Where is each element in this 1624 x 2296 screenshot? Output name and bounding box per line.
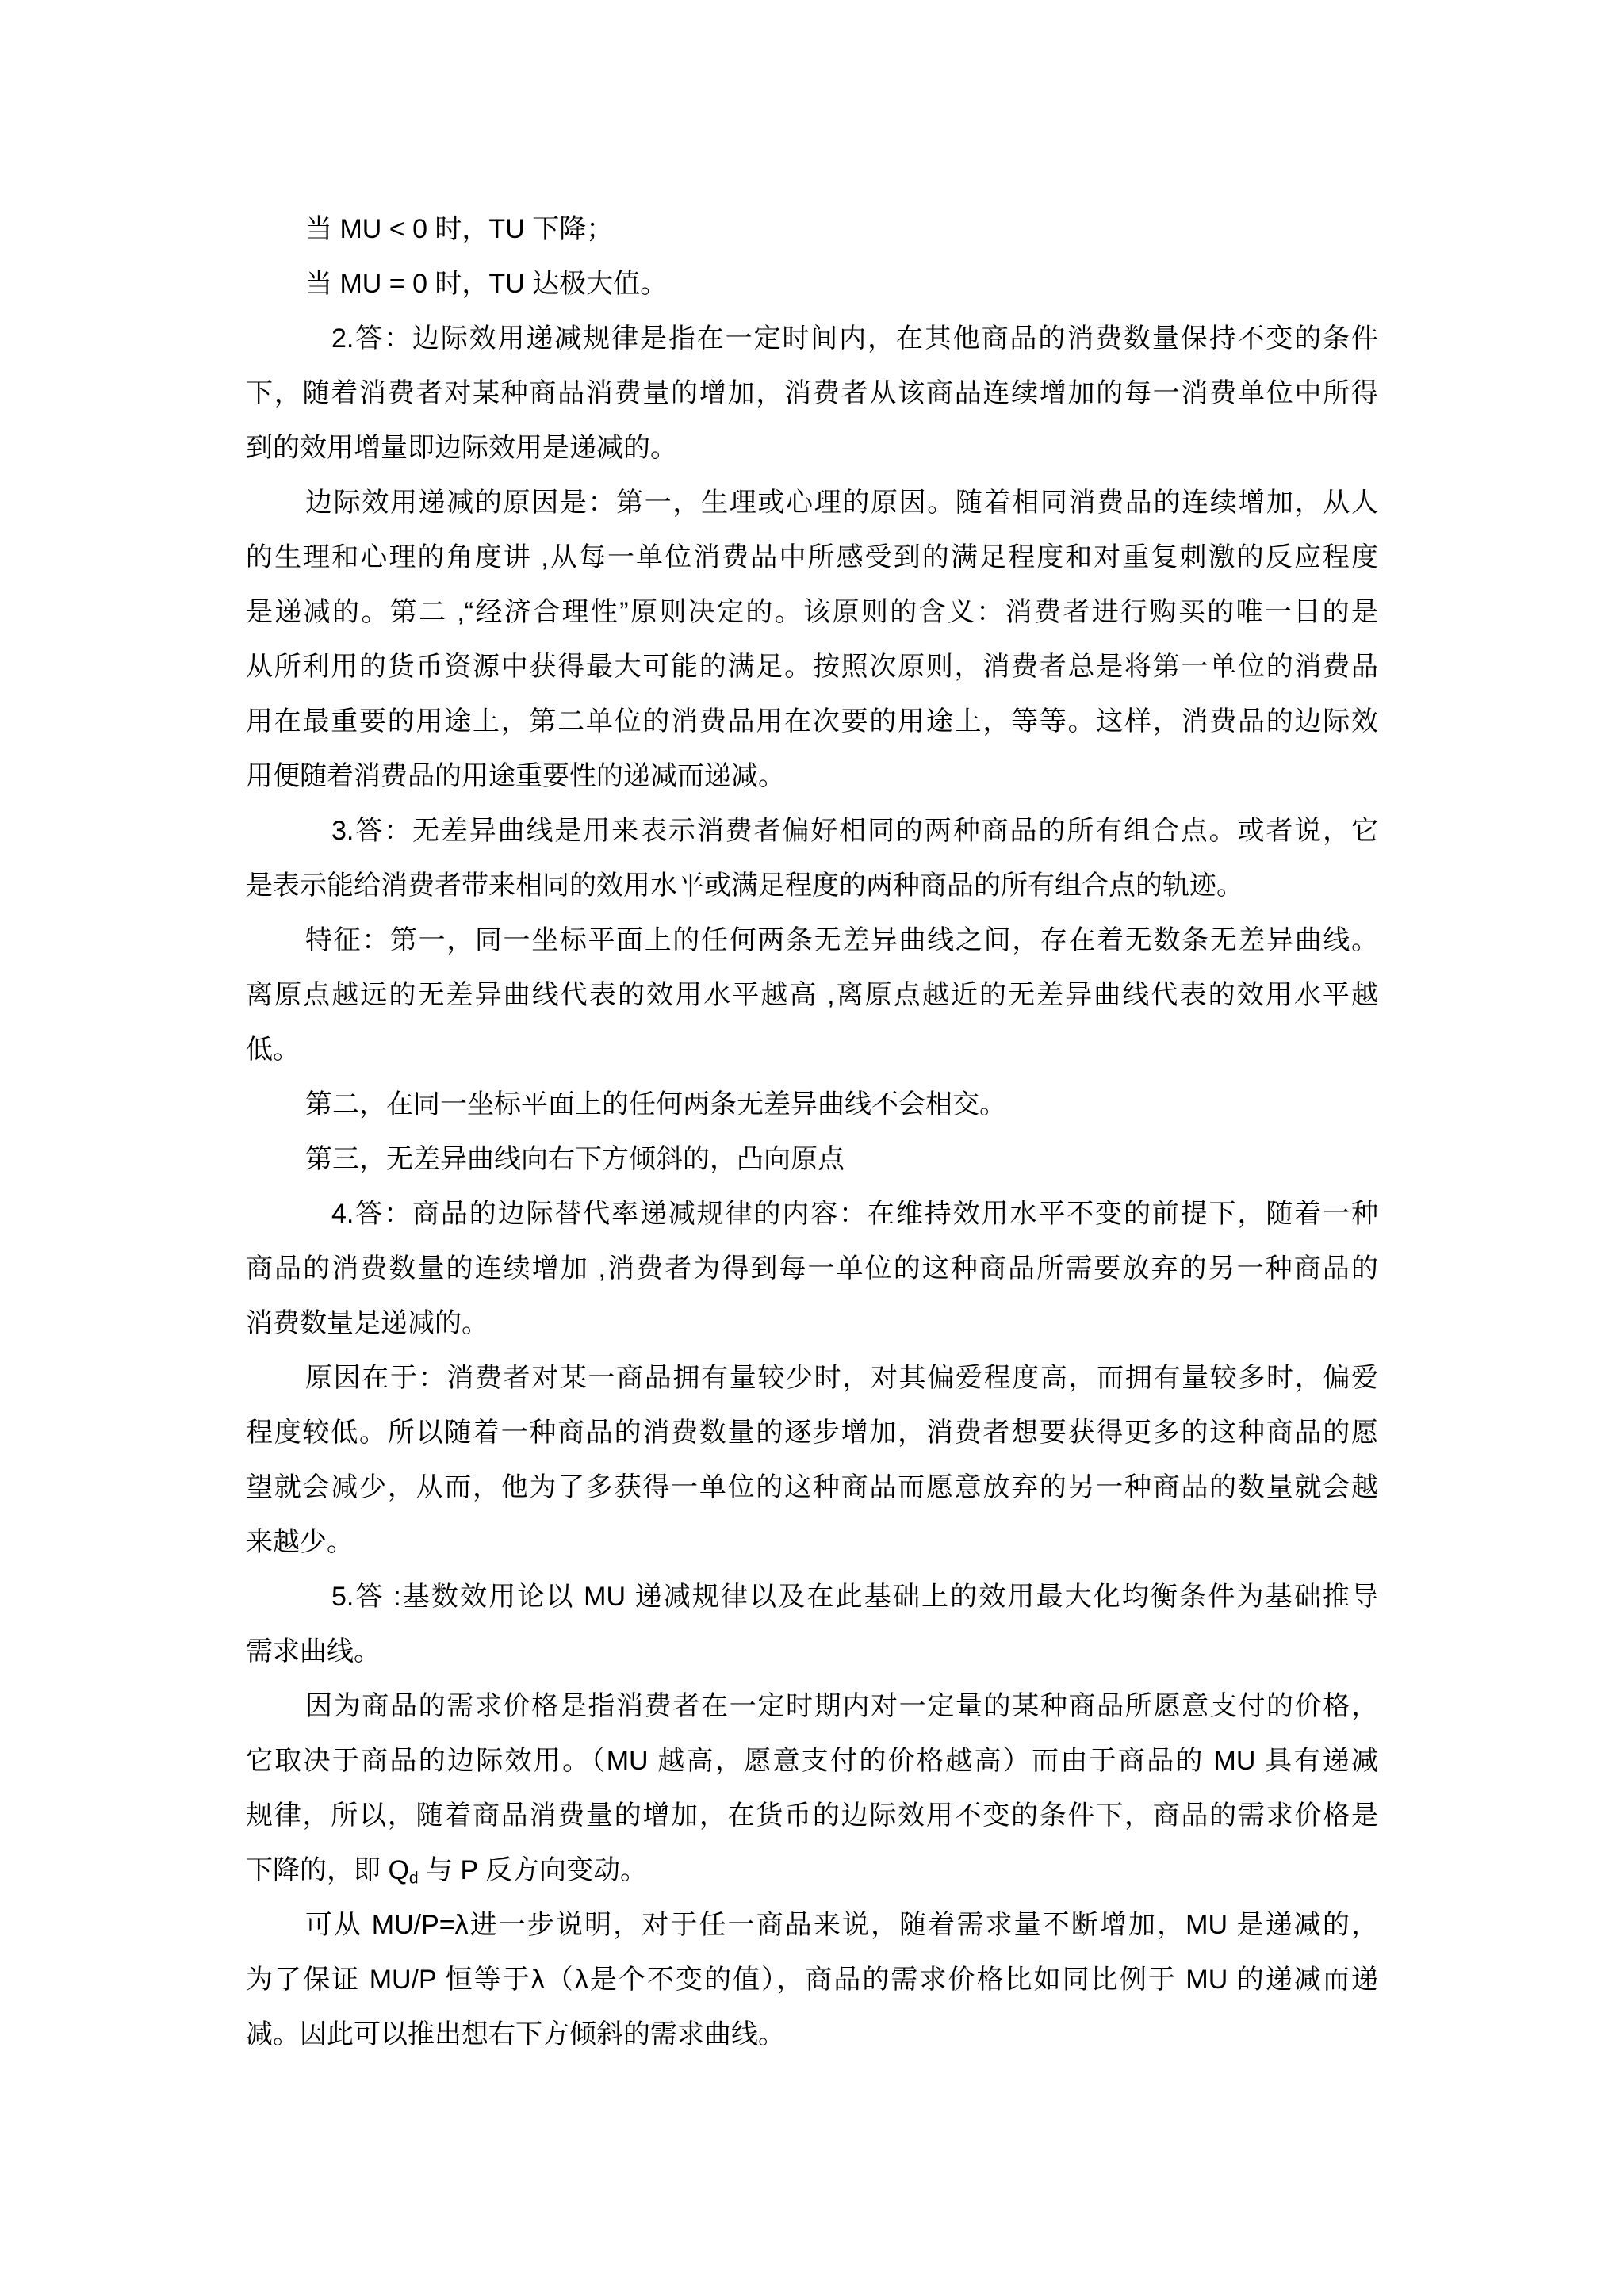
text-line: 来越少。 [246,1515,1378,1570]
text-line: 特征：第一，同一坐标平面上的任何两条无差异曲线之间，存在着无数条无差异曲线。 [246,913,1378,968]
text-line: 减。因此可以推出想右下方倾斜的需求曲线。 [246,2007,1378,2062]
text-line: 用便随着消费品的用途重要性的递减而递减。 [246,749,1378,804]
text-line: 商品的消费数量的连续增加 ,消费者为得到每一单位的这种商品所需要放弃的另一种商品… [246,1242,1378,1296]
text-line: 规律，所以，随着商品消费量的增加，在货币的边际效用不变的条件下，商品的需求价格是 [246,1789,1378,1843]
text-run: 与 P 反方向变动。 [419,1855,647,1885]
text-line: 程度较低。所以随着一种商品的消费数量的逐步增加，消费者想要获得更多的这种商品的愿 [246,1406,1378,1460]
text-line: 望就会减少，从而，他为了多获得一单位的这种商品而愿意放弃的另一种商品的数量就会越 [246,1460,1378,1515]
subscript-d: d [409,1869,419,1887]
text-line: 3.答：无差异曲线是用来表示消费者偏好相同的两种商品的所有组合点。或者说，它 [246,804,1378,859]
text-line: 是表示能给消费者带来相同的效用水平或满足程度的两种商品的所有组合点的轨迹。 [246,859,1378,913]
text-line: 用在最重要的用途上，第二单位的消费品用在次要的用途上，等等。这样，消费品的边际效 [246,695,1378,749]
text-line: 下，随着消费者对某种商品消费量的增加，消费者从该商品连续增加的每一消费单位中所得 [246,366,1378,421]
text-line: 可从 MU/P=λ进一步说明，对于任一商品来说，随着需求量不断增加，MU 是递减… [246,1898,1378,1953]
text-line: 到的效用增量即边际效用是递减的。 [246,421,1378,476]
text-line: 为了保证 MU/P 恒等于λ（λ是个不变的值），商品的需求价格比如同比例于 MU… [246,1953,1378,2007]
text-line: 是递减的。第二 ,“经济合理性”原则决定的。该原则的含义：消费者进行购买的唯一目… [246,585,1378,640]
text-line: 4.答：商品的边际替代率递减规律的内容：在维持效用水平不变的前提下，随着一种 [246,1187,1378,1242]
text-line: 当 MU < 0 时，TU 下降； [246,202,1378,257]
text-line: 离原点越远的无差异曲线代表的效用水平越高 ,离原点越近的无差异曲线代表的效用水平… [246,968,1378,1023]
text-line: 下降的，即 Qd 与 P 反方向变动。 [246,1843,1378,1898]
text-line: 低。 [246,1023,1378,1077]
text-block: 当 MU < 0 时，TU 下降； 当 MU = 0 时，TU 达极大值。 2.… [246,202,1378,2062]
text-line: 2.答：边际效用递减规律是指在一定时间内，在其他商品的消费数量保持不变的条件 [246,312,1378,366]
text-line: 从所利用的货币资源中获得最大可能的满足。按照次原则，消费者总是将第一单位的消费品 [246,640,1378,695]
text-line: 原因在于：消费者对某一商品拥有量较少时，对其偏爱程度高，而拥有量较多时，偏爱 [246,1351,1378,1406]
text-line: 的生理和心理的角度讲 ,从每一单位消费品中所感受到的满足程度和对重复刺激的反应程… [246,530,1378,585]
text-run: 下降的，即 Q [246,1855,409,1885]
text-line: 需求曲线。 [246,1624,1378,1679]
text-line: 因为商品的需求价格是指消费者在一定时期内对一定量的某种商品所愿意支付的价格， [246,1679,1378,1734]
text-line: 当 MU = 0 时，TU 达极大值。 [246,257,1378,312]
document-page: 当 MU < 0 时，TU 下降； 当 MU = 0 时，TU 达极大值。 2.… [0,0,1624,2296]
text-line: 它取决于商品的边际效用。（MU 越高，愿意支付的价格越高）而由于商品的 MU 具… [246,1734,1378,1789]
text-line: 5.答 :基数效用论以 MU 递减规律以及在此基础上的效用最大化均衡条件为基础推… [246,1570,1378,1624]
text-line: 边际效用递减的原因是：第一，生理或心理的原因。随着相同消费品的连续增加，从人 [246,476,1378,530]
text-line: 消费数量是递减的。 [246,1296,1378,1351]
text-line: 第三，无差异曲线向右下方倾斜的，凸向原点 [246,1132,1378,1187]
text-line: 第二，在同一坐标平面上的任何两条无差异曲线不会相交。 [246,1077,1378,1132]
